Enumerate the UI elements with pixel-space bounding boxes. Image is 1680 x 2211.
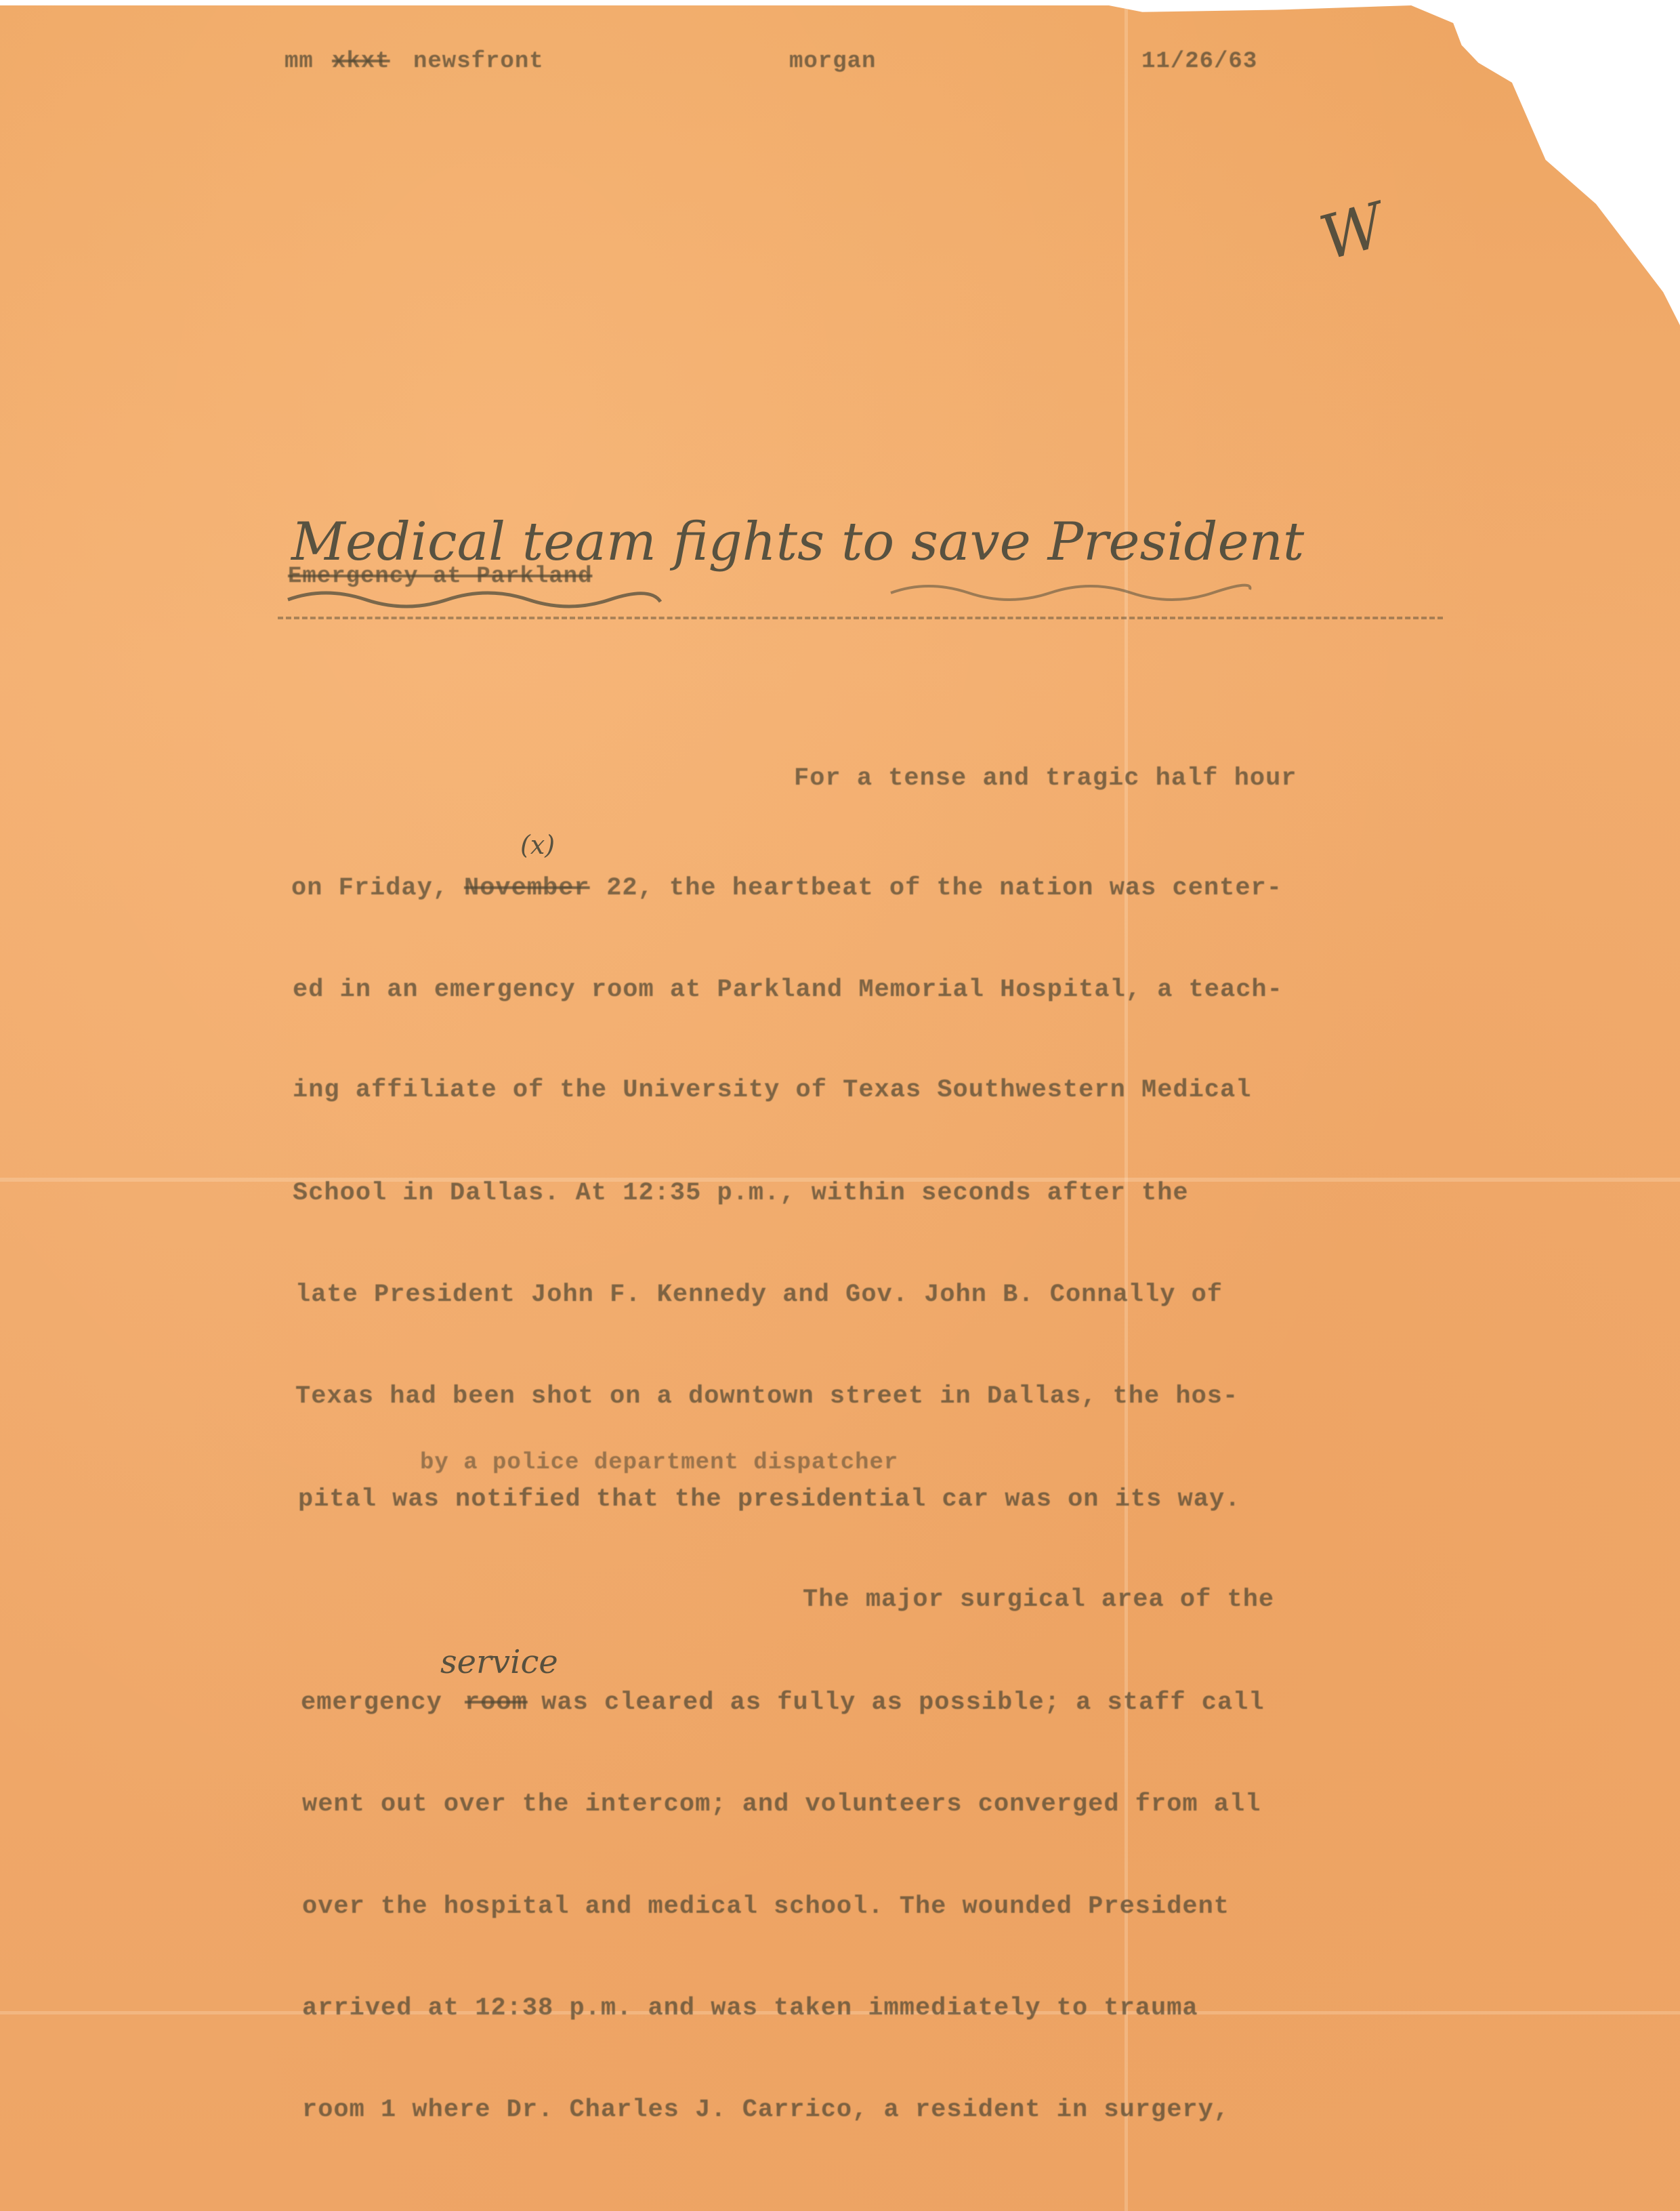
paper-crease <box>1125 5 1128 2211</box>
dotted-rule <box>278 617 1443 619</box>
body-line-5: School in Dallas. At 12:35 p.m., within … <box>293 1179 1189 1207</box>
slug-prefix: mm <box>285 49 314 75</box>
body-line-3: ed in an emergency room at Parkland Memo… <box>293 976 1283 1004</box>
body-line-10a: emergency <box>301 1689 458 1717</box>
slug: newsfront <box>413 49 544 75</box>
body-line-13: arrived at 12:38 p.m. and was taken imme… <box>302 1994 1198 2023</box>
body-line-8b: that the presidential car was on its way… <box>596 1485 1240 1514</box>
body-line-4: ing affiliate of the University of Texas… <box>293 1076 1251 1104</box>
body-line-2a: on Friday, <box>291 874 464 903</box>
headline-underline-right <box>887 576 1253 603</box>
body-line-2-struck: November <box>464 874 590 903</box>
typed-insert-dispatcher: by a police department dispatcher <box>420 1450 898 1476</box>
headline-underline <box>285 583 664 610</box>
body-line-8a: pital was notified <box>298 1485 581 1514</box>
slug-struck: xkxt <box>332 49 390 75</box>
author: morgan <box>789 49 876 75</box>
body-line-10c: was cleared as fully as possible; a staf… <box>526 1689 1265 1717</box>
handwritten-insert-service: service <box>440 1643 558 1681</box>
handwritten-insert-x: (x) <box>520 830 555 860</box>
body-line-6: late President John F. Kennedy and Gov. … <box>295 1281 1223 1309</box>
body-line-2c: 22, the heartbeat of the nation was cent… <box>591 874 1282 903</box>
body-line-14: room 1 where Dr. Charles J. Carrico, a r… <box>302 2096 1230 2124</box>
body-line-1: For a tense and tragic half hour <box>794 764 1297 793</box>
body-line-7: Texas had been shot on a downtown street… <box>295 1382 1238 1411</box>
body-line-10-struck: room <box>465 1689 528 1717</box>
body-line-12: over the hospital and medical school. Th… <box>302 1893 1230 1921</box>
date: 11/26/63 <box>1141 49 1257 75</box>
body-line-9: The major surgical area of the <box>803 1586 1274 1614</box>
body-line-11: went out over the intercom; and voluntee… <box>302 1790 1261 1819</box>
paper-sheet <box>0 5 1680 2211</box>
